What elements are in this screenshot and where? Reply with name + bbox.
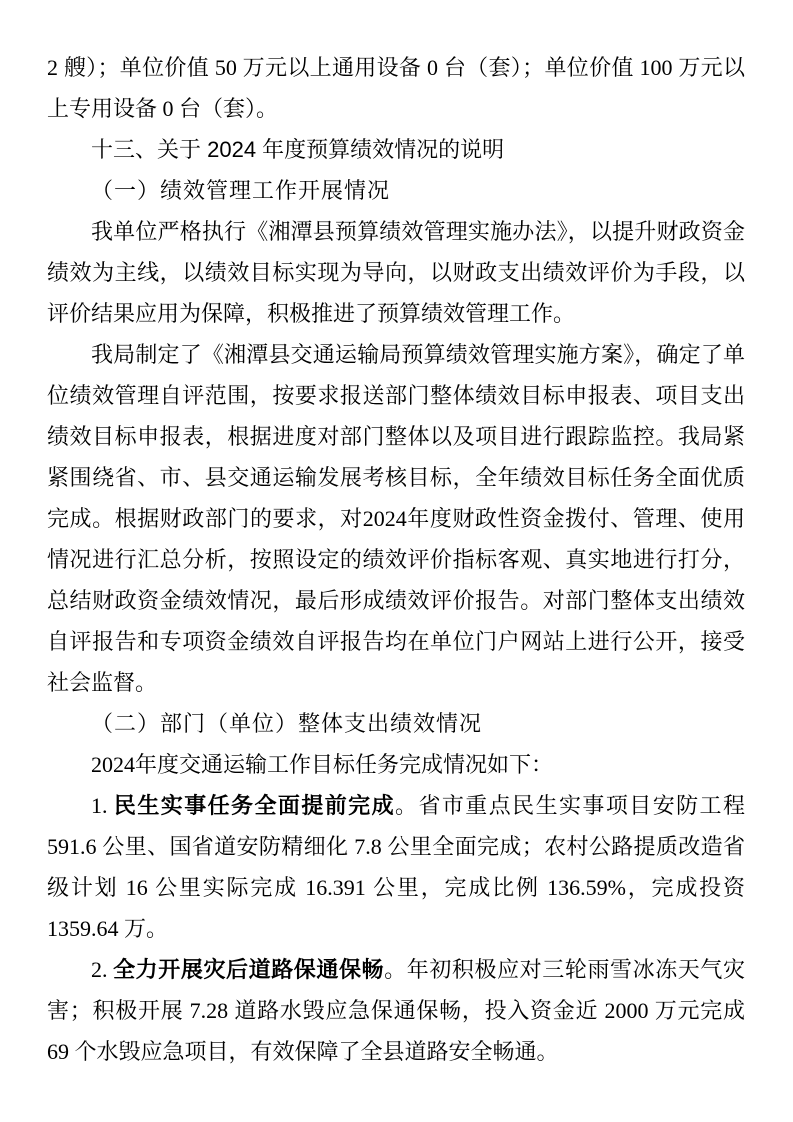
subsection-1-heading: （一）绩效管理工作开展情况: [47, 170, 745, 211]
document-page: 2 艘）；单位价值 50 万元以上通用设备 0 台（套）；单位价值 100 万元…: [0, 0, 793, 1122]
intro-paragraph: 2024年度交通运输工作目标任务完成情况如下：: [47, 744, 745, 785]
body-paragraph-1: 我单位严格执行《湘潭县预算绩效管理实施办法》，以提升财政资金绩效为主线，以绩效目…: [47, 211, 745, 334]
body-paragraph-2: 我局制定了《湘潭县交通运输局预算绩效管理实施方案》，确定了单位绩效管理自评范围，…: [47, 334, 745, 703]
list-item-1: 1.民生实事任务全面提前完成。省市重点民生实事项目安防工程 591.6 公里、国…: [47, 785, 745, 949]
subsection-2-heading: （二）部门（单位）整体支出绩效情况: [47, 703, 745, 744]
item-1-number: 1.: [91, 793, 113, 818]
item-2-number: 2.: [91, 957, 113, 982]
item-1-title: 民生实事任务全面提前完成: [113, 793, 396, 818]
section-heading: 十三、关于 2024 年度预算绩效情况的说明: [47, 129, 745, 170]
item-2-title: 全力开展灾后道路保通保畅: [113, 957, 385, 982]
list-item-2: 2.全力开展灾后道路保通保畅。年初积极应对三轮雨雪冰冻天气灾害；积极开展 7.2…: [47, 949, 745, 1072]
paragraph-continuation: 2 艘）；单位价值 50 万元以上通用设备 0 台（套）；单位价值 100 万元…: [47, 47, 745, 129]
